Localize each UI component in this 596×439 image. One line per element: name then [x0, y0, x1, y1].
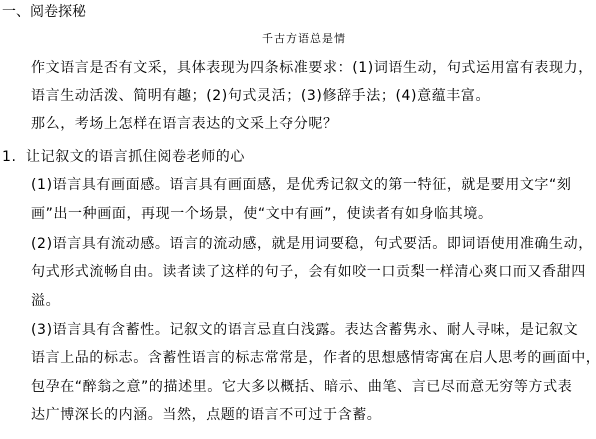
- subsection-title: 让记叙文的语言抓住阅卷老师的心: [26, 149, 245, 165]
- body-line: 包孕在“醉翁之意”的描述里。它大多以概括、暗示、曲笔、言已尽而意无穷等方式表: [31, 378, 572, 396]
- section-heading: 一、阅卷探秘: [2, 3, 86, 21]
- subsection-number: 1.: [2, 148, 26, 166]
- intro-line: 那么，考场上怎样在语言表达的文采上夺分呢？: [31, 115, 338, 133]
- body-line: (2)语言具有流动感。语言的流动感，就是用词要稳，句式要活。即词语使用准确生动，: [31, 235, 593, 253]
- body-line: 达广博深长的内涵。当然，点题的语言不可过于含蓄。: [31, 406, 381, 424]
- body-line: 溢。: [31, 292, 60, 310]
- intro-line: 作文语言是否有文采，具体表现为四条标准要求：(1)词语生动，句式运用富有表现力，: [31, 59, 593, 77]
- subsection-heading: 1.让记叙文的语言抓住阅卷老师的心: [2, 148, 245, 166]
- article-title: 千古方语总是情: [262, 30, 346, 48]
- body-line: 句式形式流畅自由。读者读了这样的句子，会有如咬一口贡梨一样清心爽口而又香甜四: [31, 263, 586, 281]
- intro-line: 语言生动活泼、简明有趣；(2)句式灵活；(3)修辞手法；(4)意蕴丰富。: [31, 87, 490, 105]
- body-line: (3)语言具有含蓄性。记叙文的语言忌直白浅露。表达含蓄隽永、耐人寻味，是记叙文: [31, 321, 578, 339]
- body-line: 画”出一种画面，再现一个场景，使“文中有画”，使读者有如身临其境。: [31, 205, 493, 223]
- body-line: (1)语言具有画面感。语言具有画面感，是优秀记叙文的第一特征，就是要用文字“刻: [31, 176, 571, 194]
- body-line: 语言上品的标志。含蓄性语言的标志常常是，作者的思想感情寄寓在启人思考的画面中，: [31, 349, 596, 367]
